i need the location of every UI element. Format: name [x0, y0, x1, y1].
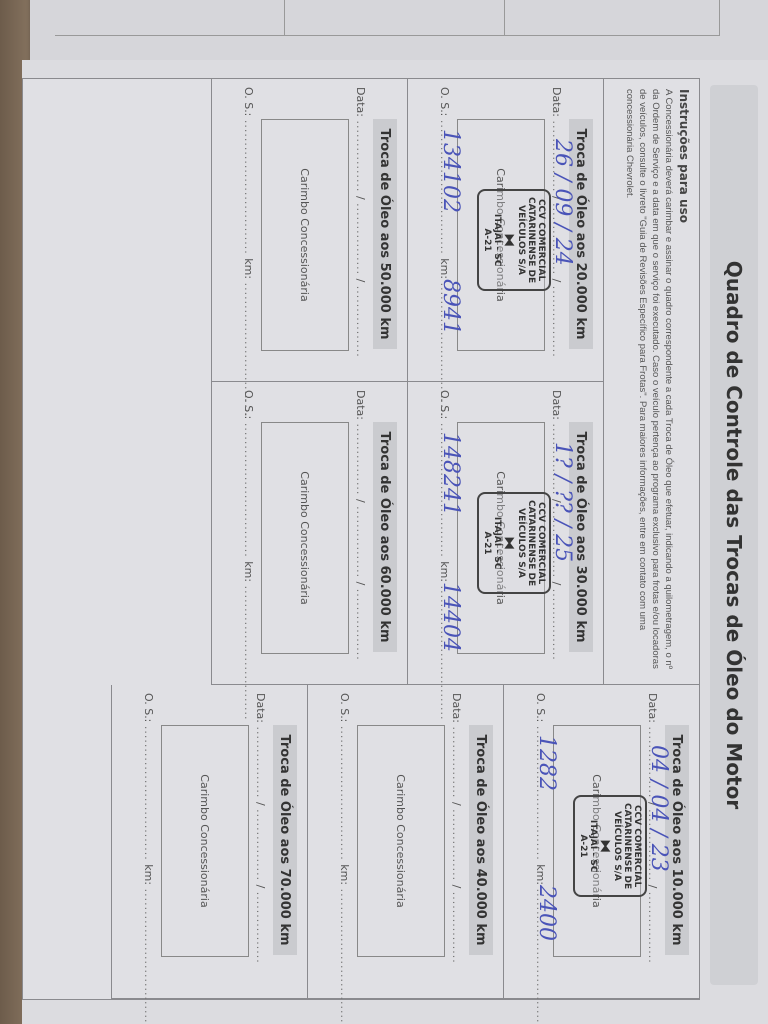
entry-header: Troca de Óleo aos 40.000 km [469, 725, 493, 955]
booklet-page: Quadro de Controle das Trocas de Óleo do… [22, 60, 768, 1024]
entry-title: Troca de Óleo aos 60.000 km [378, 431, 393, 642]
entry-header: Troca de Óleo aos 60.000 km [373, 422, 397, 652]
stamp-placeholder: Carimbo Concessionária [395, 774, 408, 907]
km-label: km: [242, 258, 255, 279]
date-month-line: ................ [254, 809, 267, 881]
oil-change-entry: Troca de Óleo aos 20.000 km Data: ......… [407, 79, 603, 382]
os-line: .............................. [338, 726, 351, 861]
km-label: km: [534, 864, 547, 885]
date-month-line: ................ [354, 203, 367, 275]
km-line: .............................. [338, 889, 351, 1024]
date-label: Data: [354, 390, 367, 420]
entry-title: Troca de Óleo aos 30.000 km [574, 431, 589, 642]
previous-page-cell [505, 0, 720, 36]
stamp-placeholder: Carimbo Concessionária [299, 471, 312, 604]
km-label: km: [338, 864, 351, 885]
os-label: O. S.: [142, 693, 155, 722]
entry-title: Troca de Óleo aos 10.000 km [670, 734, 685, 945]
date-label: Data: [550, 390, 563, 420]
date-month-line: ................ [354, 506, 367, 578]
instructions-box: Instruções para uso A Concessionária dev… [603, 79, 699, 685]
os-km-row[interactable]: O. S.: .............................. km… [242, 87, 255, 418]
os-label: O. S.: [242, 87, 255, 116]
date-label: Data: [550, 87, 563, 117]
previous-page-cell [285, 0, 505, 36]
dealer-stamp-box: Carimbo Concessionária [261, 119, 349, 351]
date-separator: / [354, 279, 367, 286]
dealer-stamp-box: Carimbo Concessionária [261, 422, 349, 654]
entry-title: Troca de Óleo aos 40.000 km [474, 734, 489, 945]
handwritten-os-number: 148241 [438, 432, 463, 516]
oil-change-entry: Troca de Óleo aos 40.000 km Data: ......… [307, 685, 503, 999]
handwritten-km: 8941 [438, 279, 463, 335]
handwritten-date: 26 / 09 / 24 [550, 139, 575, 266]
date-separator: / [354, 582, 367, 589]
date-label: Data: [646, 693, 659, 723]
chevrolet-bowtie-icon: ⧓ [502, 500, 516, 586]
oil-change-entry: Troca de Óleo aos 30.000 km Data: ......… [407, 382, 603, 685]
chevrolet-bowtie-icon: ⧓ [598, 803, 612, 889]
date-year-line: ................ [550, 589, 563, 661]
km-label: km: [142, 864, 155, 885]
dealer-stamp-box: Carimbo Concessionária [161, 725, 249, 957]
os-km-row[interactable]: O. S.: .............................. km… [338, 693, 351, 1024]
previous-page-edge [30, 0, 768, 60]
instructions-text: A Concessionária deverá carimbar e assin… [623, 89, 675, 674]
title-band: Quadro de Controle das Trocas de Óleo do… [710, 85, 758, 985]
handwritten-os-number: 134102 [438, 129, 463, 213]
entry-title: Troca de Óleo aos 50.000 km [378, 128, 393, 339]
os-km-row[interactable]: O. S.: .............................. km… [142, 693, 155, 1024]
km-label: km: [438, 561, 451, 582]
stamp-placeholder: Carimbo Concessionária [299, 168, 312, 301]
dealer-rubber-stamp: CCV COMERCIALCATARINENSE DEVEÍCULOS S/A⧓… [573, 795, 647, 897]
entry-title: Troca de Óleo aos 70.000 km [278, 734, 293, 945]
handwritten-date: 04 / 04 / 23 [646, 745, 671, 872]
date-year-line: ................ [354, 589, 367, 661]
stamp-placeholder: Carimbo Concessionária [199, 774, 212, 907]
oil-change-entry: Troca de Óleo aos 70.000 km Data: ......… [111, 685, 307, 999]
rotated-form: Quadro de Controle das Trocas de Óleo do… [22, 60, 768, 1024]
os-line: .............................. [242, 120, 255, 255]
dealer-stamp-box: Carimbo Concessionária [357, 725, 445, 957]
date-label: Data: [354, 87, 367, 117]
oil-change-entry: Troca de Óleo aos 60.000 km Data: ......… [211, 382, 407, 685]
entry-header: Troca de Óleo aos 70.000 km [273, 725, 297, 955]
os-km-row[interactable]: O. S.: .............................. km… [242, 390, 255, 721]
os-line: .............................. [142, 726, 155, 861]
km-line: .............................. [142, 889, 155, 1024]
date-day-line: ................ [354, 120, 367, 192]
date-field[interactable]: Data: ................ / ...............… [254, 693, 267, 964]
date-separator: / [646, 885, 659, 892]
date-field[interactable]: Data: ................ / ...............… [354, 390, 367, 661]
handwritten-km: 14404 [438, 582, 463, 652]
date-month-line: ................ [450, 809, 463, 881]
date-year-line: ................ [254, 892, 267, 964]
date-separator: / [450, 885, 463, 892]
dealer-rubber-stamp: CCV COMERCIALCATARINENSE DEVEÍCULOS S/A⧓… [477, 189, 551, 291]
handwritten-km: 2400 [534, 885, 559, 941]
instructions-heading: Instruções para uso [677, 89, 691, 674]
oil-change-grid: Instruções para uso A Concessionária dev… [22, 78, 700, 1000]
dealer-rubber-stamp: CCV COMERCIALCATARINENSE DEVEÍCULOS S/A⧓… [477, 492, 551, 594]
entry-title: Troca de Óleo aos 20.000 km [574, 128, 589, 339]
previous-page-cell [55, 0, 285, 36]
date-day-line: ................ [254, 726, 267, 798]
date-year-line: ................ [646, 892, 659, 964]
oil-change-entry: Troca de Óleo aos 10.000 km Data: ......… [503, 685, 699, 999]
os-label: O. S.: [438, 390, 451, 419]
chevrolet-bowtie-icon: ⧓ [502, 197, 516, 283]
date-year-line: ................ [450, 892, 463, 964]
date-field[interactable]: Data: ................ / ...............… [354, 87, 367, 358]
date-separator: / [550, 582, 563, 589]
entry-header: Troca de Óleo aos 50.000 km [373, 119, 397, 349]
date-year-line: ................ [354, 286, 367, 358]
os-label: O. S.: [242, 390, 255, 419]
date-field[interactable]: Data: ................ / ...............… [450, 693, 463, 964]
date-day-line: ................ [450, 726, 463, 798]
date-year-line: ................ [550, 286, 563, 358]
km-label: km: [242, 561, 255, 582]
os-label: O. S.: [438, 87, 451, 116]
date-separator: / [550, 279, 563, 286]
date-day-line: ................ [354, 423, 367, 495]
km-label: km: [438, 258, 451, 279]
os-label: O. S.: [534, 693, 547, 722]
os-label: O. S.: [338, 693, 351, 722]
os-line: .............................. [242, 423, 255, 558]
date-label: Data: [254, 693, 267, 723]
oil-change-entry: Troca de Óleo aos 50.000 km Data: ......… [211, 79, 407, 382]
page-title: Quadro de Controle das Trocas de Óleo do… [722, 261, 746, 809]
date-label: Data: [450, 693, 463, 723]
handwritten-date: 1? / ?? / 25 [550, 442, 575, 562]
date-separator: / [254, 885, 267, 892]
handwritten-os-number: 1282 [534, 735, 559, 791]
